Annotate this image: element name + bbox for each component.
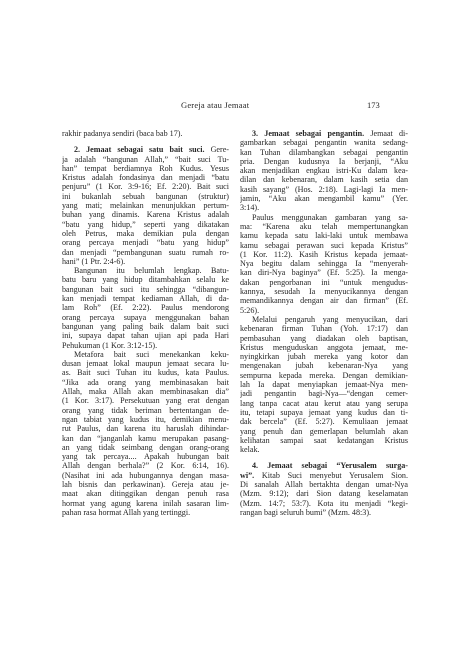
text-line: hormat yang agung karena inilah sasaran … [62, 499, 229, 508]
text-line: Paulus menggunakan gambaran yang sa- [240, 213, 408, 222]
body-text: Nya begitu dalam sehingga Ia “menyerah- [240, 259, 408, 268]
body-text: (1 Kor. 11:2). Kasih Kristus kepada jema… [240, 250, 408, 259]
text-line: bangunan bait suci itu sehingga “dibangu… [62, 285, 229, 294]
body-text: kelak. [240, 445, 260, 454]
text-line: 3:14). [240, 203, 408, 212]
text-line: kan dan “janganlah kamu merupakan pasang… [62, 434, 229, 443]
body-text: kan dan “janganlah kamu merupakan pasang… [62, 434, 229, 443]
body-text: yang tak percaya.... Apakah hubungan bai… [62, 452, 229, 461]
text-line: maat akan ditinggikan dengan penuh rasa [62, 489, 229, 498]
text-line: 4. Jemaat sebagai “Yerusalem surga- [240, 461, 408, 470]
text-line: buhan yang dinamis. Karena Kristus adala… [62, 210, 229, 219]
body-text: kebenaran firman Tuhan (Yoh. 17:17) dan [240, 324, 408, 333]
text-line: dilan dan kebenaran, dalam kasih setia d… [240, 175, 408, 184]
body-text: (Mzm. 14:7; 53:7). Kota itu menjadi “keg… [240, 499, 408, 508]
text-line: 2. Jemaat sebagai satu bait suci. Gere- [62, 145, 229, 154]
text-line: wi”. Kitab Suci menyebut Yerusalem Sion. [240, 471, 408, 480]
text-line: bangunan yang paling baik dalam bait suc… [62, 322, 229, 331]
section-heading-text: 3. Jemaat sebagai pengantin. [252, 129, 364, 138]
text-line: Melalui pengaruh yang menyucikan, dari [240, 315, 408, 324]
body-text: “batu yang hidup,” seperti yang dikataka… [62, 220, 229, 229]
text-line: pria. Dengan kudusnya Ia berjanji, “Aku [240, 157, 408, 166]
text-line: itu, tetapi supaya jemaat yang kudus dan… [240, 408, 408, 417]
text-line: Kristus adalah fondasinya dan menjadi “b… [62, 173, 229, 182]
body-text: ma: “Karena aku telah mempertunangkan [240, 222, 408, 231]
text-line: pahan rasa hormat Allah yang tertinggi. [62, 508, 229, 517]
text-line: jamin, “Aku akan mengambil kamu” (Yer. [240, 194, 408, 203]
section-heading-text: wi”. [240, 471, 254, 480]
body-text: lam Roh” (Ef. 2:22). Paulus mendorong [62, 303, 229, 312]
page-number: 173 [367, 100, 380, 110]
text-line: hani” (1 Ptr. 2:4-6). [62, 257, 229, 266]
text-line: Di sanalah Allah bertakhta dengan umat-N… [240, 480, 408, 489]
body-text: kan diri-Nya baginya” (Ef. 5:25). Ia men… [240, 268, 408, 277]
text-line: kebenaran firman Tuhan (Yoh. 17:17) dan [240, 324, 408, 333]
body-text: buhan yang dinamis. Karena Kristus adala… [62, 210, 229, 219]
text-line: dak bercela” (Ef. 5:27). Kemuliaan jemaa… [240, 417, 408, 426]
text-line: sempurna kepada mereka. Dengan demikian- [240, 371, 408, 380]
text-line: Allah dengan berhala?” (2 Kor. 6:14, 16)… [62, 461, 229, 470]
body-text: ini bukanlah sebuah bangunan (struktur) [62, 192, 229, 201]
body-text: lah Ia dapat menyiapkan jemaat-Nya men- [240, 380, 408, 389]
text-line: ini, supaya dapat tahan ujian api pada H… [62, 331, 229, 340]
text-line: orang percaya supaya menggunakan bahan [62, 313, 229, 322]
body-text: Pehukuman (1 Kor. 3:12-15). [62, 341, 157, 350]
text-line: 3. Jemaat sebagai pengantin. Jemaat di- [240, 129, 408, 138]
body-text: penjuru” (1 Kor. 3:9-16; Ef. 2:20). Bait… [62, 182, 229, 191]
body-text: an yang tidak seimbang dengan orang-oran… [62, 443, 229, 452]
text-line: orang percaya menjadi “batu yang hidup” [62, 238, 229, 247]
running-head: Gereja atau Jemaat [181, 100, 249, 110]
body-text: bangunan yang paling baik dalam bait suc… [62, 322, 229, 331]
body-text: jadi pengantin bagi-Nya—“dengan cemer- [240, 389, 408, 398]
text-line: lam Roh” (Ef. 2:22). Paulus mendorong [62, 303, 229, 312]
text-line: yang tak percaya.... Apakah hubungan bai… [62, 452, 229, 461]
body-text: Allah dengan berhala?” (2 Kor. 6:14, 16)… [62, 461, 229, 470]
text-line: akan menjadikan engkau istri-Ku dalam ke… [240, 166, 408, 175]
text-line: lah bisnis dan perkawinan). Gereja atau … [62, 480, 229, 489]
text-line: kasih sayang” (Hos. 2:18). Lagi-lagi Ia … [240, 185, 408, 194]
body-text: rut Paulus, dan karena itu haruslah dihi… [62, 424, 229, 433]
text-line: lah Ia dapat menyiapkan jemaat-Nya men- [240, 380, 408, 389]
text-line: dakan pengorbanan ini “untuk mengudus- [240, 278, 408, 287]
body-text: Bangunan itu belumlah lengkap. Batu- [74, 266, 229, 275]
body-text: pembasuhan yang diadakan oleh baptisan, [240, 334, 408, 343]
text-line: kamu sebagai perawan suci kepada Kristus… [240, 241, 408, 250]
body-text: Gere- [205, 145, 229, 154]
body-text: orang percaya supaya menggunakan bahan [62, 313, 229, 322]
text-line: pembasuhan yang diadakan oleh baptisan, [240, 334, 408, 343]
body-text: Kristus adalah fondasinya dan menjadi “b… [62, 173, 229, 182]
text-line: kan menjadi tempat kediaman Allah, di da… [62, 294, 229, 303]
body-text: as. Bait suci Tuhan itu kudus, kata Paul… [62, 368, 229, 377]
text-line: yang mati; melainkan menunjukkan pertum- [62, 201, 229, 210]
text-line: Allah, maka Allah akan membinasakan dia” [62, 387, 229, 396]
body-text: 3:14). [240, 203, 259, 212]
body-text: gambarkan sebagai pengantin wanita sedan… [240, 138, 408, 147]
body-text: kan Tuhan dilambangkan sebagai pengantin [240, 148, 408, 157]
text-line: kelihatan sampai saat kedatangan Kristus [240, 436, 408, 445]
body-text: dan menjadi “pembangunan suatu rumah ro- [62, 248, 229, 257]
text-line: dan menjadi “pembangunan suatu rumah ro- [62, 248, 229, 257]
text-line: jadi pengantin bagi-Nya—“dengan cemer- [240, 389, 408, 398]
body-text: kamu sebagai perawan suci kepada Kristus… [240, 241, 408, 250]
body-text: ini, supaya dapat tahan ujian api pada H… [62, 331, 229, 340]
right-text-column: 3. Jemaat sebagai pengantin. Jemaat di-g… [240, 129, 408, 517]
body-text: Melalui pengaruh yang menyucikan, dari [252, 315, 408, 324]
book-page: Gereja atau Jemaat 173 rakhir padanya se… [0, 0, 460, 650]
body-text: Di sanalah Allah bertakhta dengan umat-N… [240, 480, 408, 489]
body-text: pahan rasa hormat Allah yang tertinggi. [62, 508, 190, 517]
body-text: mengenakan jubah kebenaran-Nya yang [240, 361, 408, 370]
body-text: oleh Petrus, maka demikian pula dengan [62, 229, 229, 238]
text-line: “batu yang hidup,” seperti yang dikataka… [62, 220, 229, 229]
text-line: “Jika ada orang yang membinasakan bait [62, 378, 229, 387]
body-text: orang percaya menjadi “batu yang hidup” [62, 238, 229, 247]
text-line: batu baru yang hidup ditambahkan selalu … [62, 275, 229, 284]
text-line: (Mzm. 14:7; 53:7). Kota itu menjadi “keg… [240, 499, 408, 508]
body-text: hormat yang agung karena inilah sasaran … [62, 499, 229, 508]
body-text: Paulus menggunakan gambaran yang sa- [252, 213, 408, 222]
body-text: Kristus menguduskan anggota jemaat, me- [240, 343, 408, 352]
text-line: han” tempat berdiamnya Roh Kudus. Yesus [62, 164, 229, 173]
text-line: kan Tuhan dilambangkan sebagai pengantin [240, 148, 408, 157]
body-text: Kitab Suci menyebut Yerusalem Sion. [254, 471, 408, 480]
body-text: 5:26). [240, 306, 259, 315]
text-line: Metafora bait suci menekankan keku- [62, 350, 229, 359]
text-line: rut Paulus, dan karena itu haruslah dihi… [62, 424, 229, 433]
body-text: Jemaat di- [364, 129, 408, 138]
body-text: rangan bagi seluruh bumi” (Mzm. 48:3). [240, 508, 371, 517]
text-line: oleh Petrus, maka demikian pula dengan [62, 229, 229, 238]
text-line: lang tanpa cacat atau kerut atau yang se… [240, 399, 408, 408]
body-text: kasih sayang” (Hos. 2:18). Lagi-lagi Ia … [240, 185, 408, 194]
text-line: rangan bagi seluruh bumi” (Mzm. 48:3). [240, 508, 408, 517]
body-text: han” tempat berdiamnya Roh Kudus. Yesus [62, 164, 229, 173]
body-text: rakhir padanya sendiri (baca bab 17). [62, 129, 182, 138]
body-text: nyingkirkan jubah mereka yang kotor dan [240, 352, 408, 361]
body-text: pria. Dengan kudusnya Ia berjanji, “Aku [240, 157, 408, 166]
text-line: (Nasihat ini ada hubungannya dengan masa… [62, 471, 229, 480]
text-line: (Mzm. 9:12); dari Sion datang keselamata… [240, 489, 408, 498]
body-text: kamu kepada satu laki-laki untuk membawa [240, 231, 408, 240]
text-line: 5:26). [240, 306, 408, 315]
text-line: orang yang tidak beriman bertentangan de… [62, 406, 229, 415]
text-line: mengenakan jubah kebenaran-Nya yang [240, 361, 408, 370]
text-line: ja adalah “bangunan Allah,” “bait suci T… [62, 155, 229, 164]
section-heading-text: 4. Jemaat sebagai “Yerusalem surga- [252, 461, 408, 470]
body-text: batu baru yang hidup ditambahkan selalu … [62, 275, 229, 284]
body-text: ngan tabiat yang kudus itu, demikian men… [62, 415, 229, 424]
body-text: lang tanpa cacat atau kerut atau yang se… [240, 399, 408, 408]
body-text: sempurna kepada mereka. Dengan demikian- [240, 371, 408, 380]
body-text: dusan jemaat lokal maupun jemaat secara … [62, 359, 229, 368]
body-text: dakan pengorbanan ini “untuk mengudus- [240, 278, 408, 287]
text-line: kamu kepada satu laki-laki untuk membawa [240, 231, 408, 240]
text-line: Nya begitu dalam sehingga Ia “menyerah- [240, 259, 408, 268]
body-text: maat akan ditinggikan dengan penuh rasa [62, 489, 229, 498]
body-text: ja adalah “bangunan Allah,” “bait suci T… [62, 155, 229, 164]
body-text: “Jika ada orang yang membinasakan bait [62, 378, 229, 387]
body-text: lah bisnis dan perkawinan). Gereja atau … [62, 480, 229, 489]
text-line: kan diri-Nya baginya” (Ef. 5:25). Ia men… [240, 268, 408, 277]
text-line: nyingkirkan jubah mereka yang kotor dan [240, 352, 408, 361]
body-text: kan menjadi tempat kediaman Allah, di da… [62, 294, 229, 303]
body-text: Metafora bait suci menekankan keku- [74, 350, 229, 359]
text-line: (1 Kor. 11:2). Kasih Kristus kepada jema… [240, 250, 408, 259]
body-text: (Nasihat ini ada hubungannya dengan masa… [62, 471, 229, 480]
body-text: bangunan bait suci itu sehingga “dibangu… [62, 285, 229, 294]
body-text: hani” (1 Ptr. 2:4-6). [62, 257, 125, 266]
body-text: memandikannya dengan air dan firman” (Ef… [240, 296, 408, 305]
text-line: kelak. [240, 445, 408, 454]
text-line: penjuru” (1 Kor. 3:9-16; Ef. 2:20). Bait… [62, 182, 229, 191]
body-text: kannya, sesudah Ia menyucikannya dengan [240, 287, 408, 296]
body-text: itu, tetapi supaya jemaat yang kudus dan… [240, 408, 408, 417]
text-line: kannya, sesudah Ia menyucikannya dengan [240, 287, 408, 296]
text-line: Kristus menguduskan anggota jemaat, me- [240, 343, 408, 352]
text-line: rakhir padanya sendiri (baca bab 17). [62, 129, 229, 138]
body-text: yang penuh dan gemerlapan belumlah akan [240, 427, 408, 436]
text-line: memandikannya dengan air dan firman” (Ef… [240, 296, 408, 305]
section-heading-text: 2. Jemaat sebagai satu bait suci. [74, 145, 205, 154]
text-line: ma: “Karena aku telah mempertunangkan [240, 222, 408, 231]
text-line: (1 Kor. 3:17). Persekutuan yang erat den… [62, 396, 229, 405]
text-line: Bangunan itu belumlah lengkap. Batu- [62, 266, 229, 275]
text-line: dusan jemaat lokal maupun jemaat secara … [62, 359, 229, 368]
body-text: yang mati; melainkan menunjukkan pertum- [62, 201, 229, 210]
body-text: jamin, “Aku akan mengambil kamu” (Yer. [240, 194, 408, 203]
body-text: (Mzm. 9:12); dari Sion datang keselamata… [240, 489, 408, 498]
body-text: orang yang tidak beriman bertentangan de… [62, 406, 229, 415]
body-text: kelihatan sampai saat kedatangan Kristus [240, 436, 408, 445]
text-line: ini bukanlah sebuah bangunan (struktur) [62, 192, 229, 201]
text-line: ngan tabiat yang kudus itu, demikian men… [62, 415, 229, 424]
body-text: Allah, maka Allah akan membinasakan dia” [62, 387, 229, 396]
text-line: Pehukuman (1 Kor. 3:12-15). [62, 341, 229, 350]
left-text-column: rakhir padanya sendiri (baca bab 17).2. … [62, 129, 229, 517]
text-line: as. Bait suci Tuhan itu kudus, kata Paul… [62, 368, 229, 377]
text-line: an yang tidak seimbang dengan orang-oran… [62, 443, 229, 452]
text-line: gambarkan sebagai pengantin wanita sedan… [240, 138, 408, 147]
body-text: dilan dan kebenaran, dalam kasih setia d… [240, 175, 408, 184]
body-text: dak bercela” (Ef. 5:27). Kemuliaan jemaa… [240, 417, 408, 426]
body-text: akan menjadikan engkau istri-Ku dalam ke… [240, 166, 408, 175]
text-line: yang penuh dan gemerlapan belumlah akan [240, 427, 408, 436]
body-text: (1 Kor. 3:17). Persekutuan yang erat den… [62, 396, 229, 405]
